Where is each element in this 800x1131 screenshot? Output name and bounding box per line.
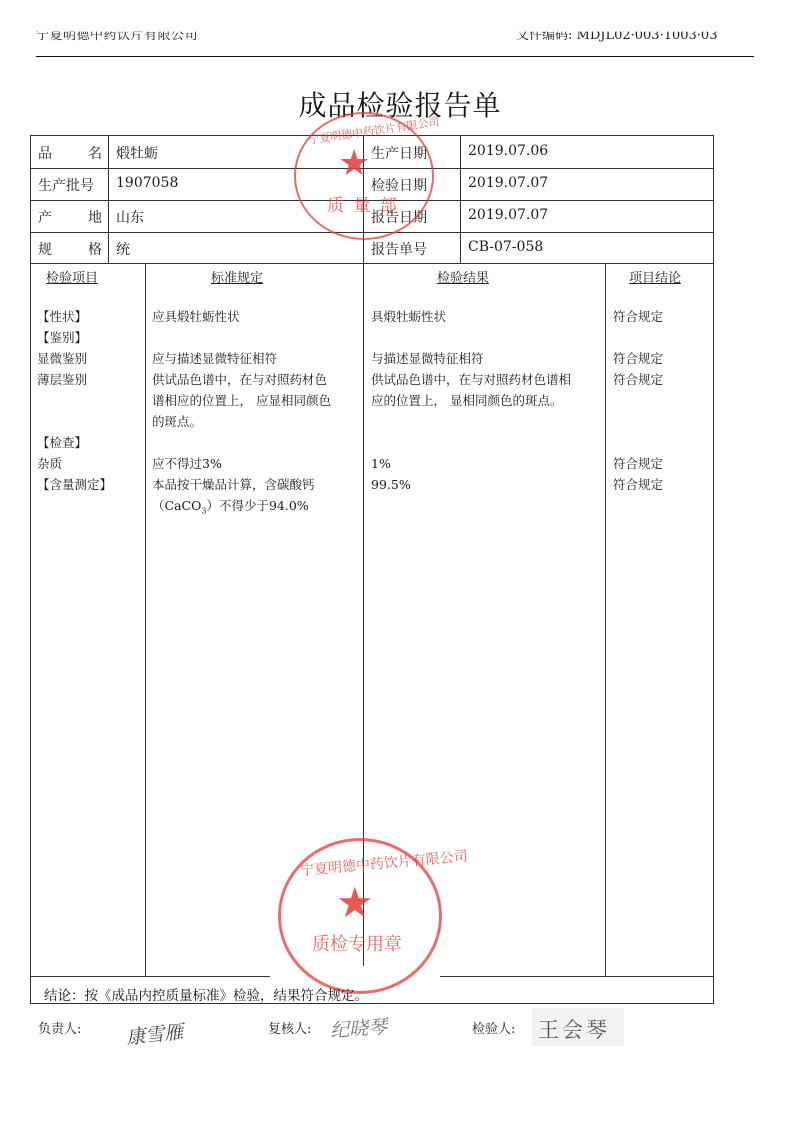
- table-row-conclusion: 符合规定: [613, 453, 663, 474]
- document-code: 文件编码: MDJL02·003·1003·03: [516, 24, 717, 43]
- star-icon: ★: [338, 146, 370, 182]
- results-column: 具煅牡蛎性状 与描述显微特征相符 供试品色谱中，在与对照药材色谱相 应的位置上，…: [371, 306, 571, 495]
- report-number-value: CB-07-058: [468, 239, 543, 255]
- table-row-item: 薄层鉴别: [37, 369, 112, 390]
- conclusions-column: 符合规定 符合规定 符合规定 符合规定 符合规定: [613, 306, 663, 495]
- product-name-label: 品名: [38, 143, 102, 163]
- table-row-result: 供试品色谱中，在与对照药材色谱相: [371, 369, 571, 390]
- table-row-standard: 本品按干燥品计算，含碳酸钙: [152, 474, 331, 495]
- origin-label: 产地: [38, 207, 102, 227]
- report-number-label: 报告单号: [371, 239, 427, 259]
- table-row-standard: 应与描述显微特征相符: [152, 348, 331, 369]
- header-divider: [36, 56, 754, 57]
- spec-label: 规格: [38, 239, 102, 259]
- table-row-standard: （CaCO3）不得少于94.0%: [152, 495, 331, 522]
- column-header-standard: 标准规定: [145, 267, 329, 286]
- origin-value: 山东: [116, 207, 144, 227]
- star-icon: ★: [336, 882, 374, 924]
- table-row-result: 1%: [371, 453, 571, 474]
- table-row-conclusion: 符合规定: [613, 474, 663, 495]
- company-name: 宁夏明德中药饮片有限公司: [36, 24, 198, 43]
- table-row-result: 应的位置上， 显相同颜色的斑点。: [371, 390, 571, 411]
- table-row-result: 与描述显微特征相符: [371, 348, 571, 369]
- table-row-item: 【含量测定】: [37, 474, 112, 495]
- responsible-signature: 康雪雁: [125, 1017, 185, 1050]
- table-row-standard: 谱相应的位置上， 应显相同颜色: [152, 390, 331, 411]
- table-row-standard: 应具煅牡蛎性状: [152, 306, 331, 327]
- responsible-label: 负责人:: [38, 1018, 81, 1037]
- column-header-item: 检验项目: [30, 267, 114, 286]
- table-row-item: 【性状】: [37, 306, 112, 327]
- reviewer-label: 复核人:: [268, 1018, 311, 1037]
- reviewer-signature: 纪晓琴: [329, 1012, 388, 1043]
- items-column: 【性状】 【鉴别】 显微鉴别 薄层鉴别 【检查】 杂质 【含量测定】: [37, 306, 112, 495]
- table-row-standard: 供试品色谱中，在与对照药材色: [152, 369, 331, 390]
- table-row-item: 【检查】: [37, 432, 112, 453]
- inspection-date-value: 2019.07.07: [468, 175, 548, 191]
- column-header-result: 检验结果: [363, 267, 563, 286]
- inspector-label: 检验人:: [472, 1018, 515, 1037]
- report-date-value: 2019.07.07: [468, 207, 548, 223]
- table-row-item: 显微鉴别: [37, 348, 112, 369]
- table-row-standard: 应不得过3%: [152, 453, 331, 474]
- table-row-item: 【鉴别】: [37, 327, 112, 348]
- table-row-conclusion: 符合规定: [613, 369, 663, 390]
- table-row-conclusion: 符合规定: [613, 348, 663, 369]
- spec-value: 统: [116, 239, 130, 259]
- batch-label: 生产批号: [38, 175, 94, 195]
- final-conclusion: 结论：按《成品内控质量标准》检验，结果符合规定。: [44, 984, 368, 1004]
- inspector-signature: 王会琴: [538, 1014, 610, 1044]
- batch-value: 1907058: [116, 175, 178, 191]
- table-row-standard: 的斑点。: [152, 411, 331, 432]
- table-row-result: 99.5%: [371, 474, 571, 495]
- table-row-item: 杂质: [37, 453, 112, 474]
- product-name-value: 煅牡蛎: [116, 143, 158, 163]
- column-header-conclusion: 项目结论: [605, 267, 705, 286]
- table-row-result: 具煅牡蛎性状: [371, 306, 571, 327]
- production-date-value: 2019.07.06: [468, 143, 548, 159]
- standards-column: 应具煅牡蛎性状 应与描述显微特征相符 供试品色谱中，在与对照药材色 谱相应的位置…: [152, 306, 331, 522]
- table-row-conclusion: 符合规定: [613, 306, 663, 327]
